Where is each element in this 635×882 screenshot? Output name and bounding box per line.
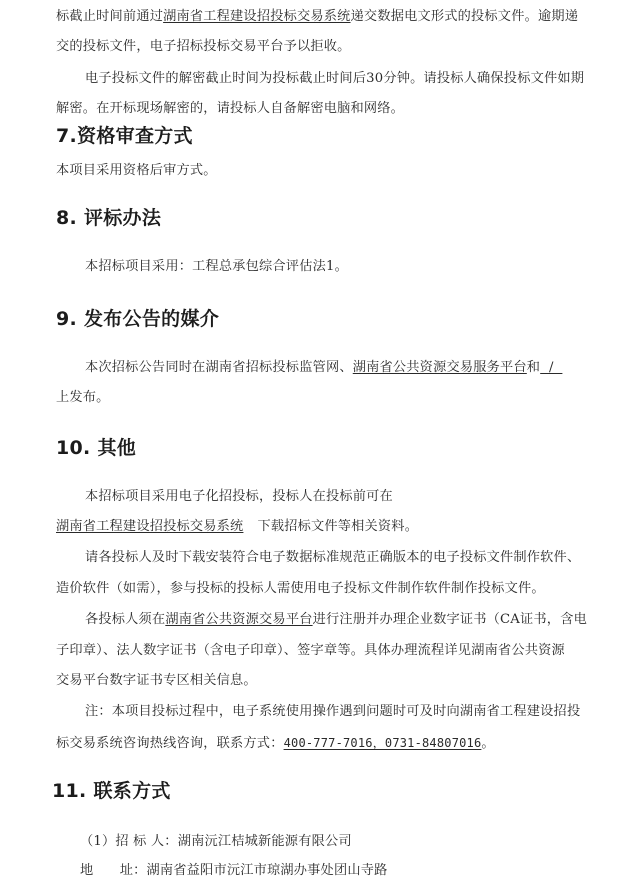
blank-other-media: /: [540, 359, 562, 377]
document-page: 标截止时间前通过湖南省工程建设招投标交易系统递交数据电文形式的投标文件。逾期递 …: [0, 0, 635, 882]
heading-publication-media: 9. 发布公告的媒介: [56, 307, 219, 331]
heading-other: 10. 其他: [56, 436, 136, 460]
link-hunan-public-resource-service-platform[interactable]: 湖南省公共资源交易服务平台: [353, 360, 527, 375]
address-label: 地 址：: [80, 863, 147, 878]
paragraph-download-docs: 湖南省工程建设招投标交易系统下载招标文件等相关资料。: [56, 518, 418, 536]
heading-evaluation-method: 8. 评标办法: [56, 206, 161, 230]
paragraph-ca-registration: 各投标人须在湖南省公共资源交易平台进行注册并办理企业数字证书（CA证书，含电: [85, 611, 587, 629]
paragraph-software-usage: 造价软件（如需），参与投标的投标人需使用电子投标文件制作软件制作投标文件。: [56, 580, 545, 598]
paragraph-evaluation-method: 本招标项目采用：工程总承包综合评估法1。: [85, 258, 348, 276]
paragraph-ca-certificates: 子印章）、法人数字证书（含电子印章）、签字章等。具体办理流程详见湖南省公共资源: [56, 642, 565, 660]
heading-contact: 11. 联系方式: [52, 779, 171, 803]
paragraph-submission-deadline: 标截止时间前通过湖南省工程建设招投标交易系统递交数据电文形式的投标文件。逾期递: [56, 8, 578, 26]
paragraph-publication-tail: 上发布。: [56, 389, 110, 407]
paragraph-support-note: 注：本项目投标过程中，电子系统使用操作遇到问题时可及时向湖南省工程建设招投: [85, 703, 580, 721]
paragraph-decryption-onsite: 解密。在开标现场解密的，请投标人自备解密电脑和网络。: [56, 100, 404, 118]
paragraph-publication-sites: 本次招标公告同时在湖南省招标投标监管网、湖南省公共资源交易服务平台和 /: [85, 359, 562, 377]
link-hunan-public-resource-platform[interactable]: 湖南省公共资源交易平台: [165, 612, 312, 627]
paragraph-electronic-bidding: 本招标项目采用电子化招投标，投标人在投标前可在: [85, 488, 393, 506]
paragraph-support-hotline: 标交易系统咨询热线咨询，联系方式：400-777-7016，0731-84807…: [56, 734, 495, 753]
link-hunan-bidding-system[interactable]: 湖南省工程建设招投标交易系统: [163, 9, 350, 24]
heading-qualification-review: 7.资格审查方式: [56, 124, 193, 148]
support-phone-numbers: 400-777-7016，0731-84807016: [284, 736, 482, 750]
tenderer-label: （1）招 标 人：: [80, 834, 178, 849]
tenderer-value: 湖南沅江桔城新能源有限公司: [178, 834, 352, 849]
contact-address: 地 址：湖南省益阳市沅江市琼湖办事处团山寺路: [80, 862, 388, 880]
paragraph-software-install: 请各投标人及时下载安装符合电子数据标准规范正确版本的电子投标文件制作软件、: [85, 549, 580, 567]
paragraph-ca-info: 交易平台数字证书专区相关信息。: [56, 672, 257, 690]
paragraph-decryption-deadline: 电子投标文件的解密截止时间为投标截止时间后30分钟。请投标人确保投标文件如期: [85, 70, 584, 88]
link-hunan-bidding-system-download[interactable]: 湖南省工程建设招投标交易系统: [56, 519, 243, 534]
paragraph-late-rejection: 交的投标文件，电子招标投标交易平台予以拒收。: [56, 38, 351, 56]
contact-tenderer: （1）招 标 人：湖南沅江桔城新能源有限公司: [80, 833, 352, 851]
paragraph-qualification-method: 本项目采用资格后审方式。: [56, 162, 217, 180]
address-value: 湖南省益阳市沅江市琼湖办事处团山寺路: [147, 863, 388, 878]
